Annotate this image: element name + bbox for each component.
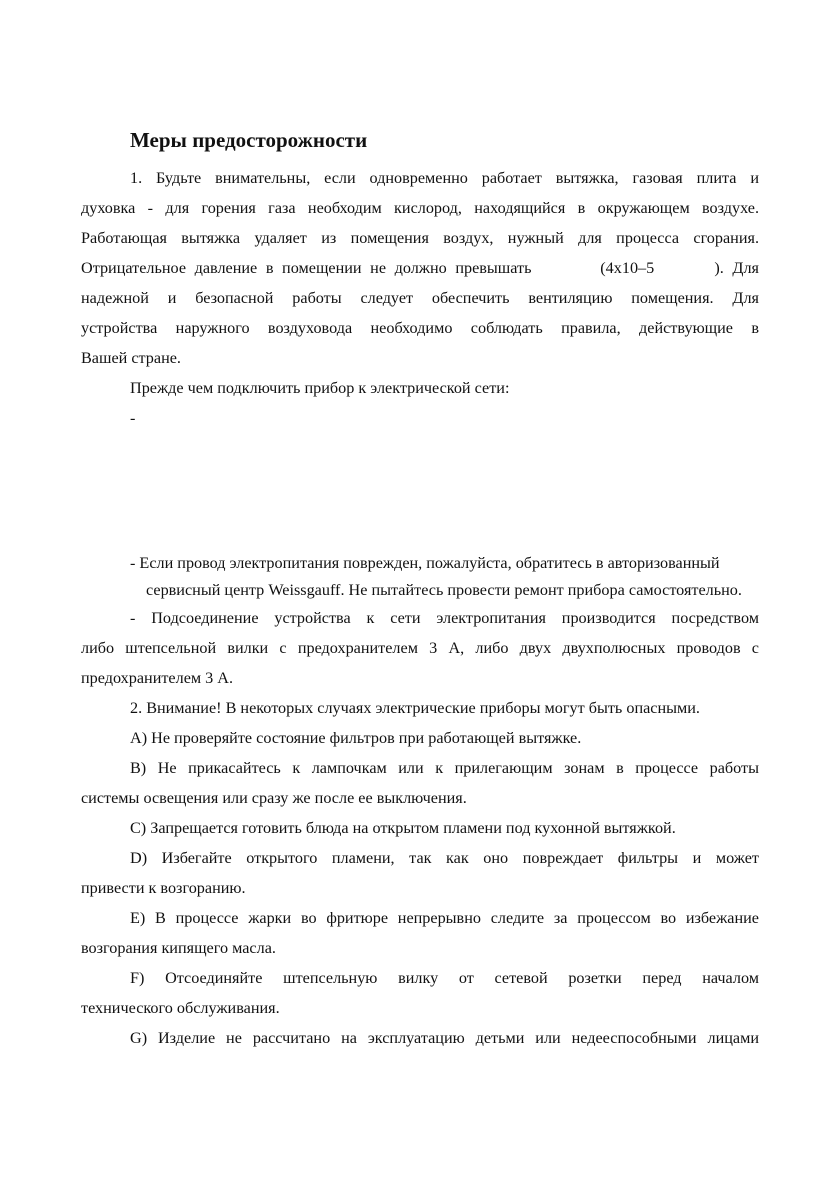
- paragraph-line: F) Отсоединяйте штепсельную вилку от сет…: [130, 968, 759, 988]
- paragraph-line: устройства наружного воздуховода необход…: [81, 318, 759, 338]
- paragraph-line: G) Изделие не рассчитано на эксплуатацию…: [130, 1028, 759, 1048]
- list-item-line: - Если провод электропитания поврежден, …: [130, 553, 759, 573]
- paragraph-line: Прежде чем подключить прибор к электриче…: [130, 378, 759, 398]
- paragraph-line: Отрицательное давление в помещении не до…: [81, 258, 759, 278]
- paragraph-line: D) Избегайте открытого пламени, так как …: [130, 848, 759, 868]
- paragraph-line: Работающая вытяжка удаляет из помещения …: [81, 228, 759, 248]
- paragraph-line: надежной и безопасной работы следует обе…: [81, 288, 759, 308]
- list-dash: -: [130, 408, 759, 428]
- paragraph-line: 1. Будьте внимательны, если одновременно…: [130, 168, 759, 188]
- list-item-line: сервисный центр Weissgauff. Не пытайтесь…: [146, 580, 824, 600]
- page-title: Меры предосторожности: [130, 128, 367, 153]
- paragraph-line: C) Запрещается готовить блюда на открыто…: [130, 818, 759, 838]
- paragraph-line: духовка - для горения газа необходим кис…: [81, 198, 759, 218]
- paragraph-line: 2. Внимание! В некоторых случаях электри…: [130, 698, 759, 718]
- list-item-line: - Подсоединение устройства к сети электр…: [130, 608, 759, 628]
- paragraph-line: A) Не проверяйте состояние фильтров при …: [130, 728, 759, 748]
- paragraph-line: системы освещения или сразу же после ее …: [81, 788, 759, 808]
- paragraph-line: E) В процессе жарки во фритюре непрерывн…: [130, 908, 759, 928]
- paragraph-line: либо штепсельной вилки с предохранителем…: [81, 638, 759, 658]
- paragraph-line: B) Не прикасайтесь к лампочкам или к при…: [130, 758, 759, 778]
- paragraph-line: предохранителем 3 А.: [81, 668, 759, 688]
- document-page: Меры предосторожности 1. Будьте внимател…: [0, 0, 838, 1190]
- paragraph-line: Вашей стране.: [81, 348, 759, 368]
- paragraph-line: технического обслуживания.: [81, 998, 759, 1018]
- paragraph-line: возгорания кипящего масла.: [81, 938, 759, 958]
- paragraph-line: привести к возгоранию.: [81, 878, 759, 898]
